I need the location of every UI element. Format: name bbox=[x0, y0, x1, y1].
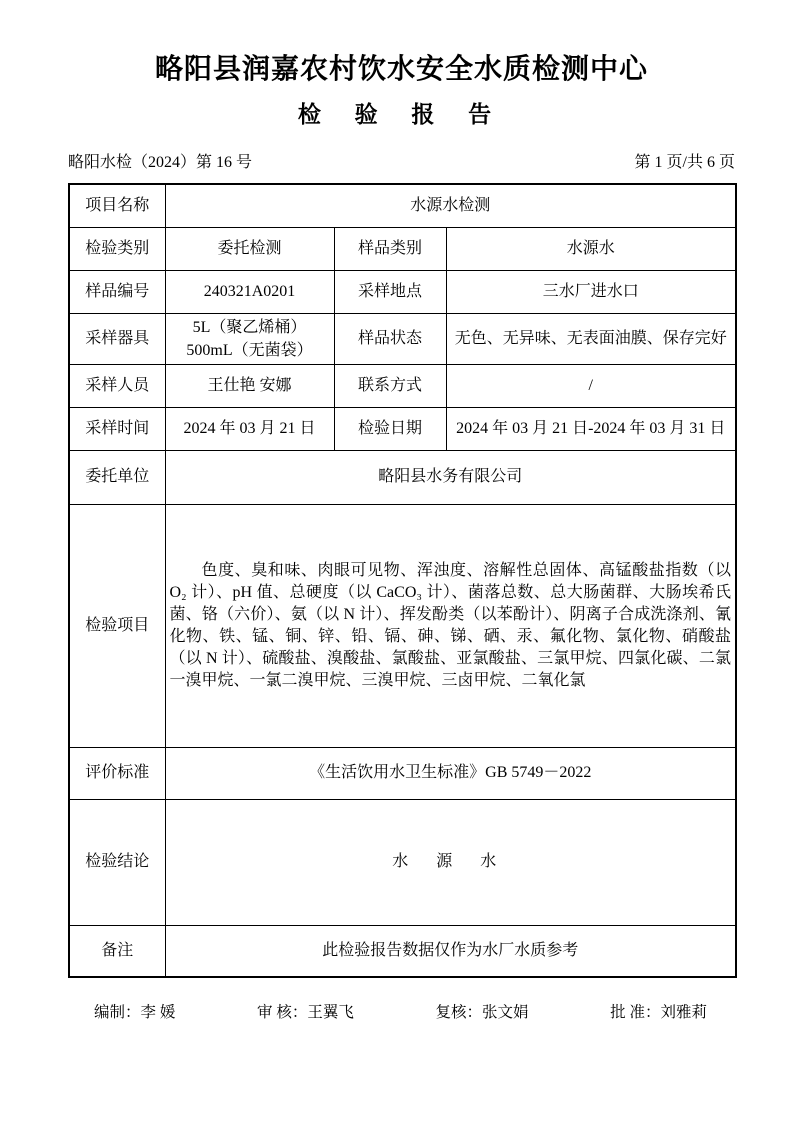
report-title: 检 验 报 告 bbox=[68, 98, 735, 132]
rechecked-by-signature: 复核：张文娟 bbox=[435, 1002, 528, 1024]
category-row: 检验类别 委托检测 样品类别 水源水 bbox=[69, 227, 736, 270]
report-page: 略阳县润嘉农村饮水安全水质检测中心 检 验 报 告 略阳水检（2024）第 16… bbox=[0, 0, 793, 1122]
inspection-items-text: 色度、臭和味、肉眼可见物、浑浊度、溶解性总固体、高锰酸盐指数（以 O₂ 计）、p… bbox=[170, 560, 732, 692]
inspection-category-value: 委托检测 bbox=[165, 227, 334, 270]
sampling-location-value: 三水厂进水口 bbox=[446, 270, 736, 313]
client-unit-label: 委托单位 bbox=[69, 450, 165, 504]
inspection-conclusion-value: 水 源 水 bbox=[165, 799, 736, 925]
sampling-time-label: 采样时间 bbox=[69, 407, 165, 450]
inspection-items-label: 检验项目 bbox=[69, 504, 165, 747]
approved-by-signature: 批 准：刘雅莉 bbox=[610, 1002, 707, 1024]
project-name-value: 水源水检测 bbox=[165, 184, 736, 227]
inspection-conclusion-label: 检验结论 bbox=[69, 799, 165, 925]
sample-category-value: 水源水 bbox=[446, 227, 736, 270]
evaluation-standard-value: 《生活饮用水卫生标准》GB 5749－2022 bbox=[165, 747, 736, 799]
sampling-time-value: 2024 年 03 月 21 日 bbox=[165, 407, 334, 450]
info-table: 项目名称 水源水检测 检验类别 委托检测 样品类别 水源水 样品编号 24032… bbox=[68, 183, 737, 978]
report-content: 略阳县润嘉农村饮水安全水质检测中心 检 验 报 告 略阳水检（2024）第 16… bbox=[68, 0, 735, 1024]
contact-info-label: 联系方式 bbox=[334, 364, 446, 407]
sampling-personnel-value: 王仕艳 安娜 bbox=[165, 364, 334, 407]
client-unit-row: 委托单位 略阳县水务有限公司 bbox=[69, 450, 736, 504]
inspection-category-label: 检验类别 bbox=[69, 227, 165, 270]
personnel-row: 采样人员 王仕艳 安娜 联系方式 / bbox=[69, 364, 736, 407]
inspection-conclusion-row: 检验结论 水 源 水 bbox=[69, 799, 736, 925]
remarks-row: 备注 此检验报告数据仅作为水厂水质参考 bbox=[69, 925, 736, 977]
project-name-row: 项目名称 水源水检测 bbox=[69, 184, 736, 227]
sampling-equipment-line1: 5L（聚乙烯桶） bbox=[170, 316, 330, 339]
sample-number-row: 样品编号 240321A0201 采样地点 三水厂进水口 bbox=[69, 270, 736, 313]
report-number: 略阳水检（2024）第 16 号 bbox=[68, 152, 252, 174]
sampling-equipment-value: 5L（聚乙烯桶） 500mL（无菌袋） bbox=[165, 313, 334, 364]
prepared-by-signature: 编制：李 媛 bbox=[94, 1002, 175, 1024]
inspection-date-value: 2024 年 03 月 21 日-2024 年 03 月 31 日 bbox=[446, 407, 736, 450]
page-title: 略阳县润嘉农村饮水安全水质检测中心 bbox=[68, 50, 735, 90]
sample-number-value: 240321A0201 bbox=[165, 270, 334, 313]
equipment-row: 采样器具 5L（聚乙烯桶） 500mL（无菌袋） 样品状态 无色、无异味、无表面… bbox=[69, 313, 736, 364]
evaluation-standard-label: 评价标准 bbox=[69, 747, 165, 799]
sampling-personnel-label: 采样人员 bbox=[69, 364, 165, 407]
reviewed-by-signature: 审 核：王翼飞 bbox=[257, 1002, 354, 1024]
sample-status-value: 无色、无异味、无表面油膜、保存完好 bbox=[446, 313, 736, 364]
sample-category-label: 样品类别 bbox=[334, 227, 446, 270]
remarks-label: 备注 bbox=[69, 925, 165, 977]
signature-footer: 编制：李 媛 审 核：王翼飞 复核：张文娟 批 准：刘雅莉 bbox=[68, 1002, 735, 1024]
reference-line: 略阳水检（2024）第 16 号 第 1 页/共 6 页 bbox=[68, 152, 735, 174]
page-indicator: 第 1 页/共 6 页 bbox=[635, 152, 735, 174]
inspection-items-row: 检验项目 色度、臭和味、肉眼可见物、浑浊度、溶解性总固体、高锰酸盐指数（以 O₂… bbox=[69, 504, 736, 747]
client-unit-value: 略阳县水务有限公司 bbox=[165, 450, 736, 504]
sample-number-label: 样品编号 bbox=[69, 270, 165, 313]
sample-status-label: 样品状态 bbox=[334, 313, 446, 364]
remarks-value: 此检验报告数据仅作为水厂水质参考 bbox=[165, 925, 736, 977]
inspection-date-label: 检验日期 bbox=[334, 407, 446, 450]
inspection-items-value: 色度、臭和味、肉眼可见物、浑浊度、溶解性总固体、高锰酸盐指数（以 O₂ 计）、p… bbox=[165, 504, 736, 747]
contact-info-value: / bbox=[446, 364, 736, 407]
project-name-label: 项目名称 bbox=[69, 184, 165, 227]
evaluation-standard-row: 评价标准 《生活饮用水卫生标准》GB 5749－2022 bbox=[69, 747, 736, 799]
sampling-equipment-line2: 500mL（无菌袋） bbox=[170, 339, 330, 362]
sampling-equipment-label: 采样器具 bbox=[69, 313, 165, 364]
time-row: 采样时间 2024 年 03 月 21 日 检验日期 2024 年 03 月 2… bbox=[69, 407, 736, 450]
sampling-location-label: 采样地点 bbox=[334, 270, 446, 313]
